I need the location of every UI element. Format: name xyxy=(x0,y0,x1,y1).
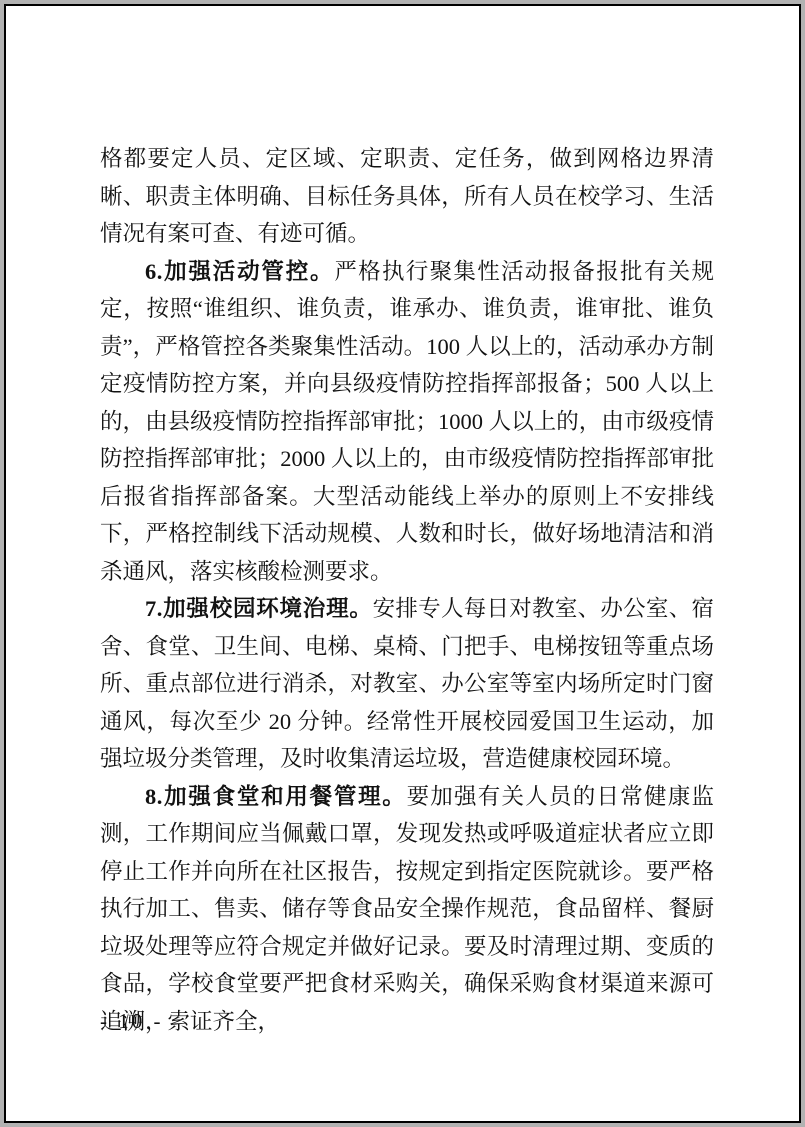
paragraph-section-6: 6.加强活动管控。严格执行聚集性活动报备报批有关规定，按照“谁组织、谁负责，谁承… xyxy=(100,253,714,591)
paragraph-section-7: 7.加强校园环境治理。安排专人每日对教室、办公室、宿舍、食堂、卫生间、电梯、桌椅… xyxy=(100,590,714,778)
section-heading-8: 8.加强食堂和用餐管理。 xyxy=(145,784,407,809)
paragraph-section-8: 8.加强食堂和用餐管理。要加强有关人员的日常健康监测，工作期间应当佩戴口罩，发现… xyxy=(100,778,714,1041)
section-heading-7: 7.加强校园环境治理。 xyxy=(145,596,373,621)
paragraph-text: 安排专人每日对教室、办公室、宿舍、食堂、卫生间、电梯、桌椅、门把手、电梯按钮等重… xyxy=(100,596,714,771)
paragraph-continuation: 格都要定人员、定区域、定职责、定任务，做到网格边界清晰、职责主体明确、目标任务具… xyxy=(100,140,714,253)
paragraph-text: 格都要定人员、定区域、定职责、定任务，做到网格边界清晰、职责主体明确、目标任务具… xyxy=(100,146,714,246)
paragraph-text: 要加强有关人员的日常健康监测，工作期间应当佩戴口罩，发现发热或呼吸道症状者应立即… xyxy=(100,784,714,1034)
page-number: - 10 - xyxy=(100,1009,164,1034)
document-page: 格都要定人员、定区域、定职责、定任务，做到网格边界清晰、职责主体明确、目标任务具… xyxy=(4,4,801,1123)
section-heading-6: 6.加强活动管控。 xyxy=(145,259,334,284)
document-body: 格都要定人员、定区域、定职责、定任务，做到网格边界清晰、职责主体明确、目标任务具… xyxy=(100,140,714,1040)
paragraph-text: 严格执行聚集性活动报备报批有关规定，按照“谁组织、谁负责，谁承办、谁负责，谁审批… xyxy=(100,259,714,584)
